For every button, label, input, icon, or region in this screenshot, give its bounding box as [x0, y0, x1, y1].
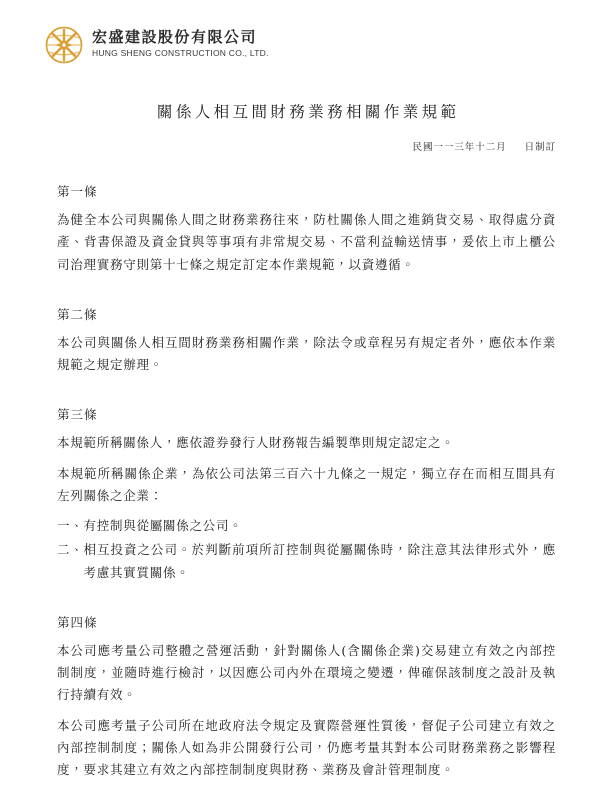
article-1-paragraph-1: 為健全本公司與關係人間之財務業務往來，防杜關係人間之進銷貨交易、取得處分資產、背…	[57, 209, 556, 276]
article-2: 第二條 本公司與關係人相互間財務業務相關作業，除法令或章程另有規定者外，應依本作…	[57, 305, 556, 377]
company-name-en: HUNG SHENG CONSTRUCTION CO., LTD.	[92, 48, 269, 58]
article-1-heading: 第一條	[57, 182, 556, 200]
article-1: 第一條 為健全本公司與關係人間之財務業務往來，防杜關係人間之進銷貨交易、取得處分…	[57, 182, 556, 276]
document-page: 宏盛建設股份有限公司 HUNG SHENG CONSTRUCTION CO., …	[0, 0, 612, 792]
article-2-paragraph-1: 本公司與關係人相互間財務業務相關作業，除法令或章程另有規定者外，應依本作業規範之…	[57, 332, 556, 377]
company-names: 宏盛建設股份有限公司 HUNG SHENG CONSTRUCTION CO., …	[92, 24, 269, 58]
company-name-zh: 宏盛建設股份有限公司	[92, 27, 269, 47]
article-4-paragraph-2: 本公司應考量子公司所在地政府法令規定及實際營運性質後，督促子公司建立有效之內部控…	[57, 715, 556, 782]
article-4-heading: 第四條	[57, 613, 556, 631]
company-letterhead: 宏盛建設股份有限公司 HUNG SHENG CONSTRUCTION CO., …	[43, 24, 556, 66]
roc-date-text: 民國一一三年十二月	[413, 142, 507, 153]
article-3-list-item-2: 二、 相互投資之公司。於判斷前項所訂控制與從屬關係時，除注意其法律形式外，應考慮…	[57, 539, 556, 584]
article-4-paragraph-1: 本公司應考量公司整體之營運活動，針對關係人(含關係企業)交易建立有效之內部控制制…	[57, 640, 556, 707]
article-3-paragraph-2: 本規範所稱關係企業，為依公司法第三百六十九條之一規定，獨立存在而相互間具有左列關…	[57, 463, 556, 508]
list-item-text: 相互投資之公司。於判斷前項所訂控制與從屬關係時，除注意其法律形式外，應考慮其實質…	[84, 539, 556, 584]
enactment-dateline: 民國一一三年十二月日制訂	[57, 139, 556, 153]
article-2-heading: 第二條	[57, 305, 556, 323]
article-3-list-item-1: 一、 有控制與從屬關係之公司。	[57, 515, 556, 537]
company-logo-icon	[43, 24, 85, 66]
article-3: 第三條 本規範所稱關係人，應依證券發行人財務報告編製準則規定認定之。 本規範所稱…	[57, 405, 556, 584]
document-title: 關係人相互間財務業務相關作業規範	[57, 100, 556, 122]
list-item-marker: 一、	[57, 515, 84, 537]
article-3-heading: 第三條	[57, 405, 556, 423]
list-item-text: 有控制與從屬關係之公司。	[84, 515, 556, 537]
list-item-marker: 二、	[57, 539, 84, 584]
article-4: 第四條 本公司應考量公司整體之營運活動，針對關係人(含關係企業)交易建立有效之內…	[57, 613, 556, 782]
article-3-paragraph-1: 本規範所稱關係人，應依證券發行人財務報告編製準則規定認定之。	[57, 432, 556, 454]
enact-day-label: 日制訂	[525, 142, 556, 153]
